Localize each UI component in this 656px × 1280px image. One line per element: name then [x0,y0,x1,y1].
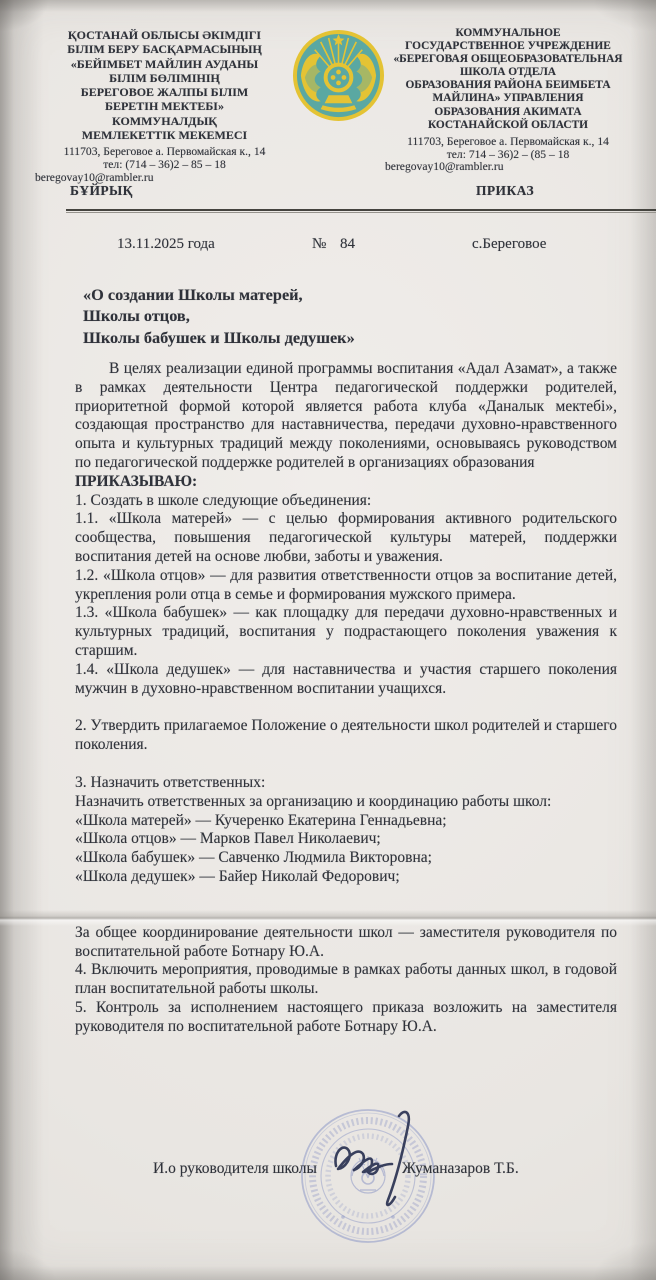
org-name-line: КОСТАНАЙСКОЙ ОБЛАСТИ [385,119,631,132]
item-3-intro: Назначить ответственных за организацию и… [75,793,617,812]
letterhead-left: ҚОСТАНАЙ ОБЛЫСЫ ӘКІМДІГІ БІЛІМ БЕРУ БАСҚ… [35,28,294,185]
org-address: 111703, Береговое а. Первомайская к., 14… [35,146,294,184]
kazakhstan-emblem-icon [291,28,386,123]
order-title-line: «О создании Школы матерей, [83,284,355,305]
order-meta-row: 13.11.2025 года № 84 с.Береговое [0,236,656,256]
order-number-sign: № [312,236,326,253]
intro-paragraph: В целях реализации единой программы восп… [75,360,617,473]
org-name-line: ОБРАЗОВАНИЯ АКИМАТА [385,106,631,119]
doc-type-russian: ПРИКАЗ [476,183,534,199]
org-name-line: КОММУНАЛЬНОЕ [385,27,631,40]
signatory-role: И.о руководителя школы [153,1160,317,1178]
order-title: «О создании Школы матерей, Школы отцов, … [83,284,355,348]
item-1-3: 1.3. «Школа бабушек» — как площадку для … [75,604,617,660]
coordination-paragraph: За общее координирование деятельности шк… [75,924,617,962]
item-5: 5. Контроль за исполнением настоящего пр… [75,999,617,1037]
org-name-line: МЕМЛЕКЕТТІК МЕКЕМЕСІ [35,128,294,142]
item-1-2: 1.2. «Школа отцов» — для развития ответс… [75,567,617,605]
email-line: beregovay10@rambler.ru [385,161,631,174]
org-name-line: ҚОСТАНАЙ ОБЛЫСЫ ӘКІМДІГІ [35,28,294,42]
org-name-line: ШКОЛА ОТДЕЛА [385,66,631,79]
org-name-line: «БЕРЕГОВАЯ ОБЩЕОБРАЗОВАТЕЛЬНАЯ [385,53,631,66]
item-1-1: 1.1. «Школа матерей» — с целью формирова… [75,510,617,566]
item-3: 3. Назначить ответственных: [75,774,617,793]
order-title-line: Школы бабушек и Школы дедушек» [83,327,355,348]
order-title-line: Школы отцов, [83,305,355,326]
order-date: 13.11.2025 года [117,236,215,253]
org-name-line: КОММУНАЛДЫҚ [35,114,294,128]
signatory-name: Жуманазаров Т.Б. [402,1160,519,1178]
org-name-line: ГОСУДАРСТВЕННОЕ УЧРЕЖДЕНИЕ [385,40,631,53]
assignment-row: «Школа бабушек» — Савченко Людмила Викто… [75,849,617,868]
item-1-4: 1.4. «Школа дедушек» — для наставничеств… [75,661,617,699]
assignment-row: «Школа отцов» — Марков Павел Николаевич; [75,830,617,849]
org-address: 111703, Береговое а. Первомайская к., 14… [385,136,631,174]
header-separator-rule [66,209,656,213]
item-1: 1. Создать в школе следующие объединения… [75,492,617,511]
org-name-line: МАЙЛИНА» УПРАВЛЕНИЯ [385,92,631,105]
org-name-line: БІЛІМ БЕРУ БАСҚАРМАСЫНЫҢ [35,42,294,56]
org-name-line: БІЛІМ БӨЛІМІНІҢ [35,71,294,85]
item-2: 2. Утвердить прилагаемое Положение о дея… [75,717,617,755]
assignment-row: «Школа дедушек» — Байер Николай Федорови… [75,868,617,887]
doc-type-kazakh: БҰЙРЫҚ [70,183,133,199]
order-place: с.Береговое [472,236,546,253]
org-name-line: БЕРЕГОВОЕ ЖАЛПЫ БІЛІМ [35,85,294,99]
order-body: В целях реализации единой программы восп… [75,360,617,1037]
letterhead-right: КОММУНАЛЬНОЕ ГОСУДАРСТВЕННОЕ УЧРЕЖДЕНИЕ … [385,27,631,174]
order-number: 84 [340,236,355,253]
paper-fold-crease [0,910,656,926]
scanned-order-document: ҚОСТАНАЙ ОБЛЫСЫ ӘКІМДІГІ БІЛІМ БЕРУ БАСҚ… [0,0,656,1280]
org-name-line: «БЕЙІМБЕТ МАЙЛИН АУДАНЫ [35,57,294,71]
address-line: 111703, Береговое а. Первомайская к., 14 [385,136,631,149]
org-name-line: ОБРАЗОВАНИЯ РАЙОНА БЕИМБЕТА [385,79,631,92]
org-name-line: БЕРЕТІН МЕКТЕБІ» [35,99,294,113]
item-4: 4. Включить мероприятия, проводимые в ра… [75,961,617,999]
order-command-word: ПРИКАЗЫВАЮ: [75,473,617,492]
assignment-row: «Школа матерей» — Кучеренко Екатерина Ге… [75,812,617,831]
